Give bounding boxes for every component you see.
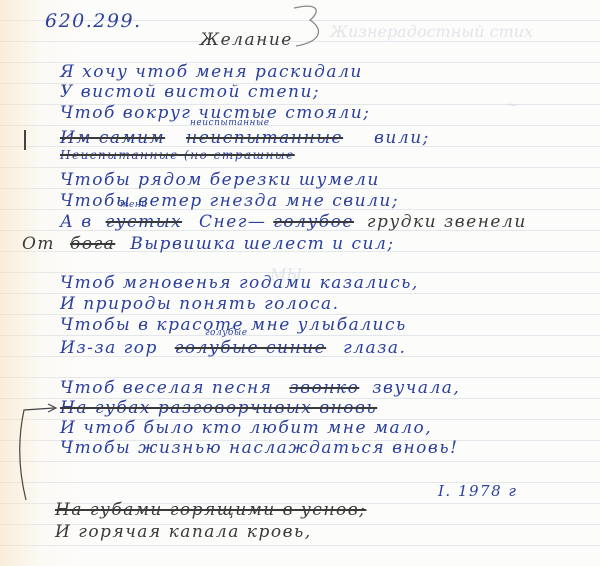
poem-line: Чтобы жизнью наслаждаться вновь!: [60, 438, 458, 458]
poem-line-struck: На губами горящими в уснов;: [55, 500, 366, 520]
poem-line: И чтоб было кто любит мне мало,: [60, 418, 432, 438]
insertion-above: голубые: [205, 328, 248, 338]
poem-line: У вистой вистой степи;: [60, 82, 320, 102]
archive-number: 620.299.: [45, 10, 142, 32]
margin-bar-mark: [24, 130, 26, 150]
poem-line: Из-за гор голубые синие глаза.: [60, 338, 406, 358]
poem-line: Чтоб веселая песня звонко звучала,: [60, 378, 460, 398]
insertion-arrow-mark: [14, 398, 64, 508]
poem-line-struck: Неиспытанные (но страшные: [60, 148, 295, 162]
poem-line: Чтобы ветер гнезда мне свили;: [60, 191, 399, 211]
poem-line-struck: Им самим неиспытанные вили;: [60, 128, 430, 148]
poem-line: Я хочу чтоб меня раскидали: [60, 62, 363, 82]
title-bracket-mark: [290, 2, 330, 54]
poem-line: Чтобы рядом березки шумели: [60, 170, 380, 190]
poem-line: От бога Вырвишка шелест и сил;: [22, 234, 395, 254]
date-stamp: I. 1978 г: [438, 482, 517, 500]
bleed-through-text: ~: [505, 95, 518, 114]
poem-line: И горячая капала кровь,: [55, 522, 312, 542]
poem-line: Чтоб мгновенья годами казались,: [60, 273, 419, 293]
bleed-through-text: Жизнерадостный стих: [330, 22, 533, 41]
poem-line-struck: На губах разговорчивых вновь: [60, 398, 377, 418]
poem-line: И природы понять голоса.: [60, 294, 340, 314]
page-title: Желание: [200, 30, 293, 50]
insertion-above: тени: [120, 200, 148, 210]
insertion-above: неиспытанные: [190, 118, 270, 128]
poem-line: А в густых Снег— голубое грудки звенели: [60, 212, 527, 232]
